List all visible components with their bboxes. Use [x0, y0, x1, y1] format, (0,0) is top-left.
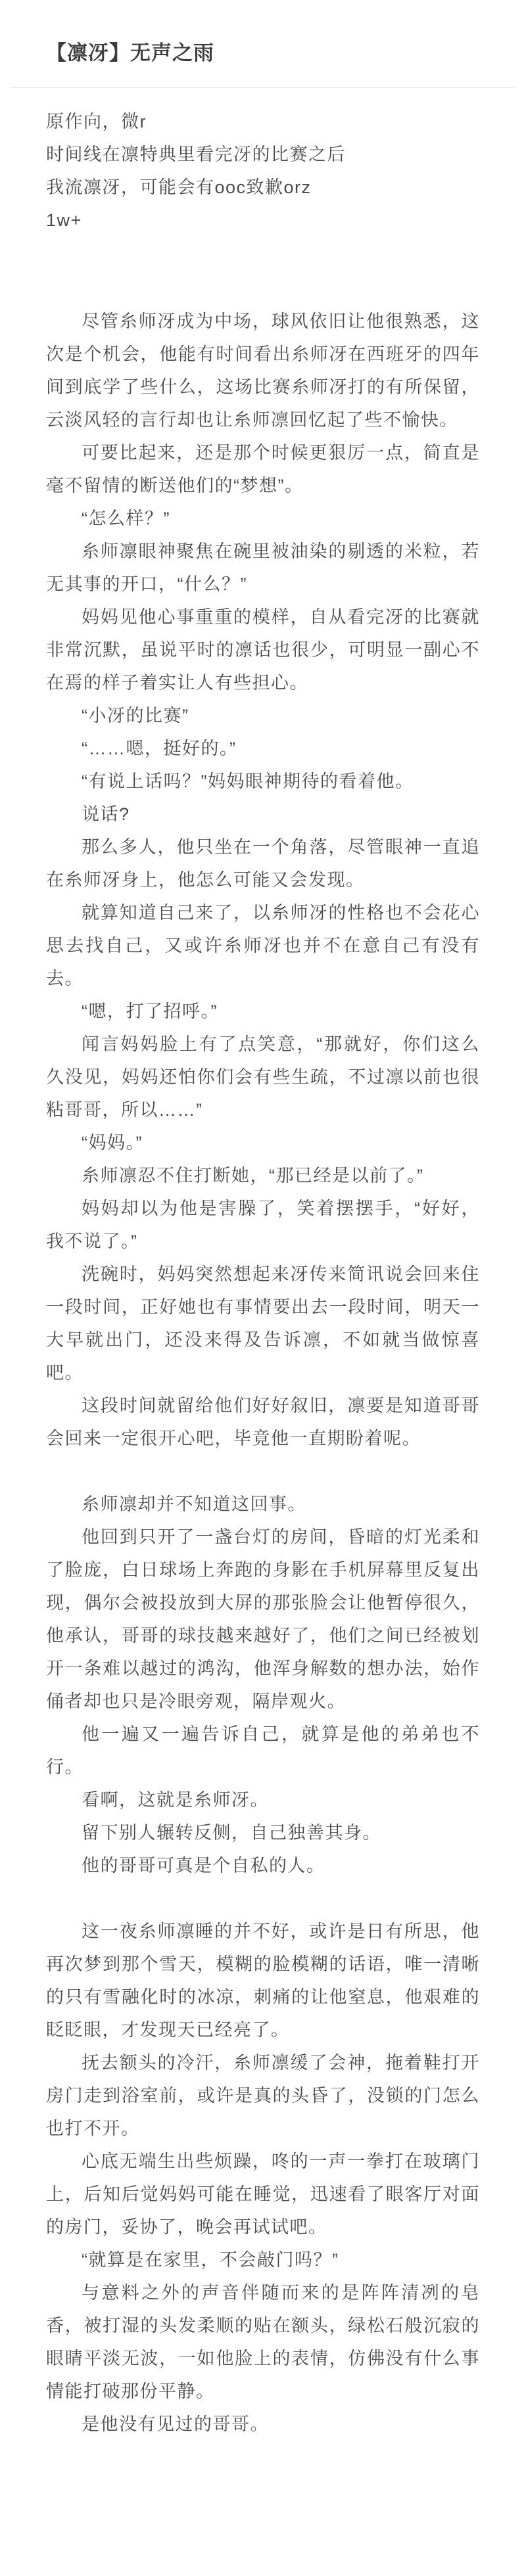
paragraph: 说话?: [46, 798, 480, 831]
section-gap: [46, 1455, 480, 1488]
paragraph: 这一夜糸师凛睡的并不好，或许是日有所思，他再次梦到那个雪天，模糊的脸模糊的话语，…: [46, 1915, 480, 2046]
paragraph: “怎么样？”: [46, 502, 480, 535]
paragraph: “就算是在家里，不会敲门吗？”: [46, 2243, 480, 2276]
paragraph: 就算知道自己来了，以糸师冴的性格也不会花心思去找自己，又或许糸师冴也并不在意自己…: [46, 896, 480, 995]
paragraph: 糸师凛却并不知道这回事。: [46, 1488, 480, 1521]
meta-body-gap: [0, 237, 526, 305]
paragraph: 是他没有见过的哥哥。: [46, 2408, 480, 2441]
paragraph: 闻言妈妈脸上有了点笑意，“那就好，你们这么久没见，妈妈还怕你们会有些生疏，不过凛…: [46, 1028, 480, 1126]
paragraph: 心底无端生出些烦躁，咚的一声一拳打在玻璃门上，后知后觉妈妈可能在睡觉，迅速看了眼…: [46, 2145, 480, 2243]
paragraph: 妈妈却以为他是害臊了，笑着摆摆手，“好好，我不说了。”: [46, 1192, 480, 1258]
meta-line: 我流凛冴，可能会有ooc致歉orz: [46, 171, 480, 204]
paragraph: 他的哥哥可真是个自私的人。: [46, 1849, 480, 1882]
paragraph: 看啊，这就是糸师冴。: [46, 1783, 480, 1816]
paragraph: 尽管糸师冴成为中场，球风依旧让他很熟悉，这次是个机会，他能有时间看出糸师冴在西班…: [46, 305, 480, 436]
paragraph: 与意料之外的声音伴随而来的是阵阵清冽的皂香，被打湿的头发柔顺的贴在额头，绿松石般…: [46, 2276, 480, 2408]
article-meta: 原作向，微r时间线在凛特典里看完冴的比赛之后我流凛冴，可能会有ooc致歉orz1…: [0, 88, 526, 237]
paragraph: 糸师凛忍不住打断她，“那已经是以前了。”: [46, 1159, 480, 1192]
paragraph: 抚去额头的冷汗，糸师凛缓了会神，拖着鞋打开房门走到浴室前，或许是真的头昏了，没锁…: [46, 2046, 480, 2145]
paragraph: “……嗯，挺好的。”: [46, 732, 480, 765]
paragraph: 这段时间就留给他们好好叙旧，凛要是知道哥哥会回来一定很开心吧，毕竟他一直期盼着呢…: [46, 1389, 480, 1455]
paragraph: 妈妈见他心事重重的模样，自从看完冴的比赛就非常沉默，虽说平时的凛话也很少，可明显…: [46, 601, 480, 699]
paragraph: “有说上话吗？”妈妈眼神期待的看着他。: [46, 765, 480, 798]
meta-line: 原作向，微r: [46, 105, 480, 138]
article-body: 尽管糸师冴成为中场，球风依旧让他很熟悉，这次是个机会，他能有时间看出糸师冴在西班…: [0, 305, 526, 2441]
article-title: 【凛冴】无声之雨: [0, 0, 526, 68]
paragraph: “嗯，打了招呼。”: [46, 995, 480, 1028]
paragraph: “小冴的比赛”: [46, 699, 480, 732]
paragraph: 他一遍又一遍告诉自己，就算是他的弟弟也不行。: [46, 1718, 480, 1783]
paragraph: 糸师凛眼神聚焦在碗里被油染的剔透的米粒，若无其事的开口，“什么？”: [46, 535, 480, 601]
reader-page: 【凛冴】无声之雨 原作向，微r时间线在凛特典里看完冴的比赛之后我流凛冴，可能会有…: [0, 0, 526, 2441]
section-gap: [46, 1882, 480, 1915]
paragraph: 洗碗时，妈妈突然想起来冴传来简讯说会回来住一段时间，正好她也有事情要出去一段时间…: [46, 1258, 480, 1389]
meta-line: 1w+: [46, 204, 480, 237]
paragraph: 留下别人辗转反侧，自己独善其身。: [46, 1816, 480, 1849]
paragraph: 那么多人，他只坐在一个角落，尽管眼神一直追在糸师冴身上，他怎么可能又会发现。: [46, 831, 480, 896]
paragraph: “妈妈。”: [46, 1126, 480, 1159]
meta-line: 时间线在凛特典里看完冴的比赛之后: [46, 138, 480, 171]
paragraph: 他回到只开了一盏台灯的房间，昏暗的灯光柔和了脸庞，白日球场上奔跑的身影在手机屏幕…: [46, 1521, 480, 1718]
paragraph: 可要比起来，还是那个时候更狠厉一点，简直是毫不留情的断送他们的“梦想”。: [46, 436, 480, 502]
